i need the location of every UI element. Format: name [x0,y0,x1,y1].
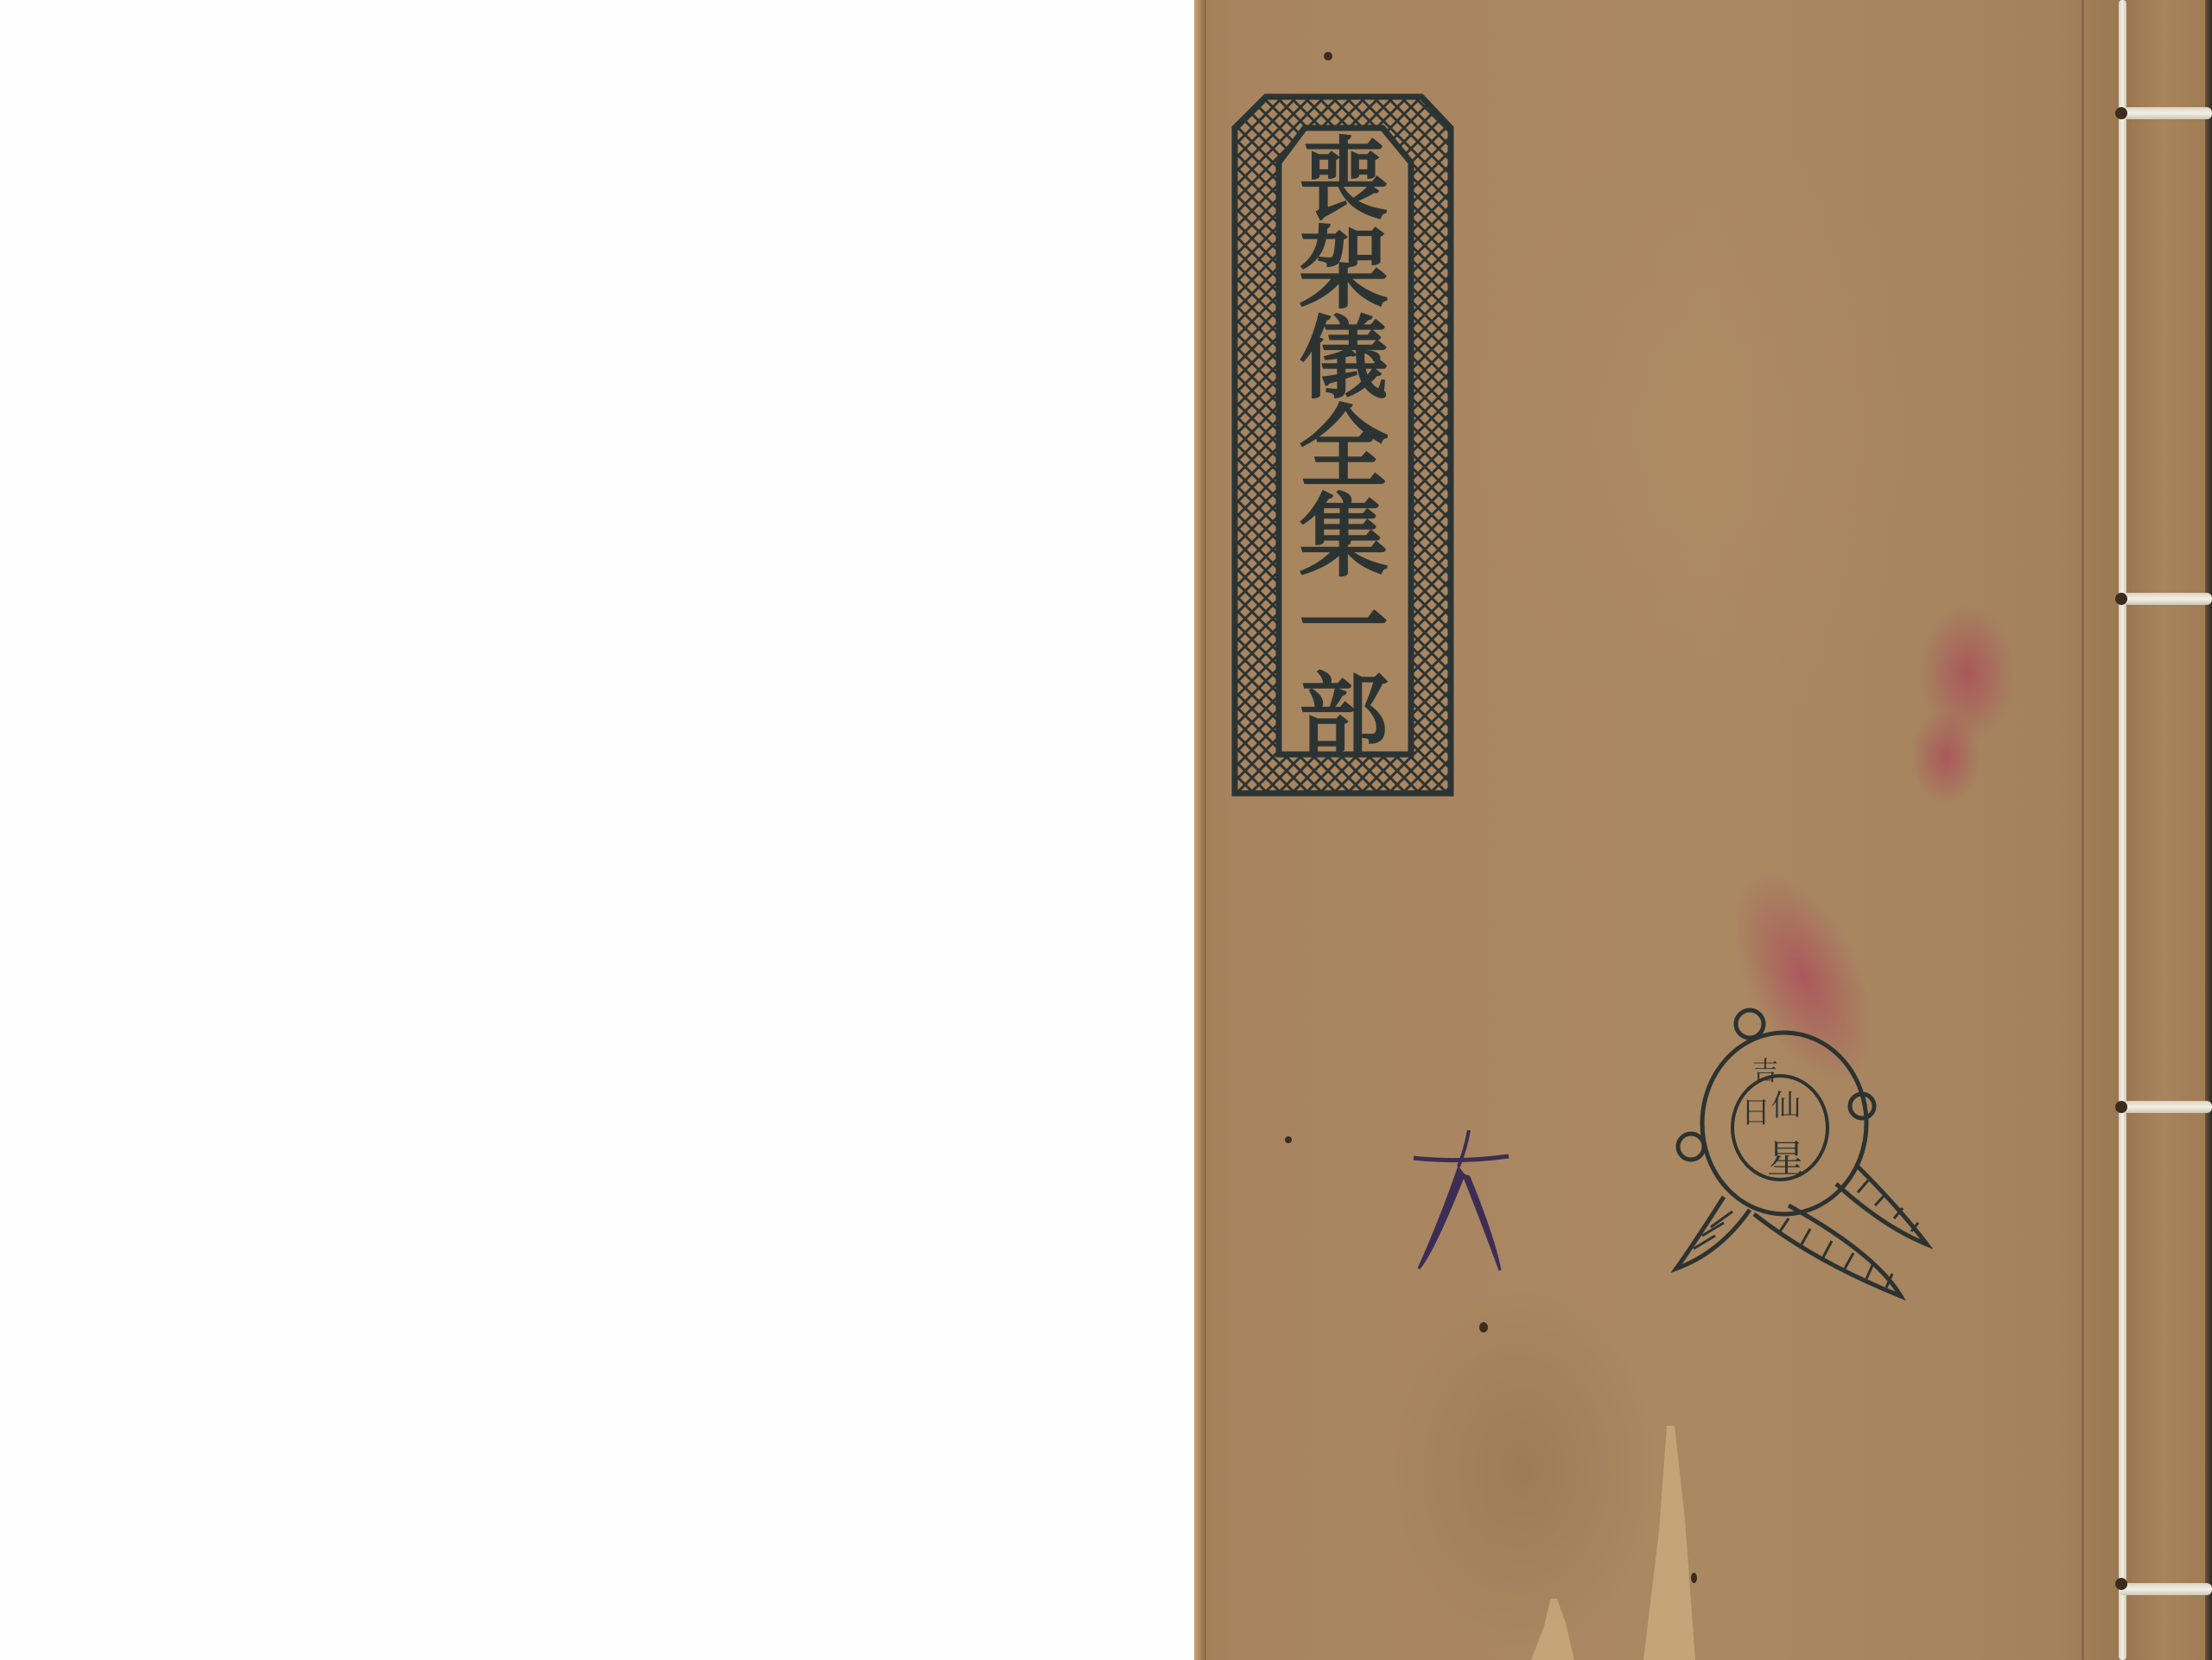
title-char: 全 [1299,404,1389,491]
red-stain [1911,709,1980,804]
title-char: 一 [1299,583,1389,670]
paper-wear [1531,1599,1574,1660]
ink-spot [1285,1136,1292,1143]
title-text: 喪 架 儀 全 集 一 部 [1283,137,1404,759]
ink-spot [1324,52,1332,60]
ink-spot [1691,1573,1697,1583]
title-label: 喪 架 儀 全 集 一 部 [1231,93,1454,798]
seal-char: 仙 [1771,1082,1801,1124]
binding-thread [2119,0,2126,1660]
ink-spot [1479,1322,1488,1332]
paper-wear [1643,1426,1695,1660]
handwritten-mark: 大 [1407,1123,1519,1279]
binding-stitch [2119,1583,2212,1595]
seal-drawing: 吉 日 仙 星 [1642,976,1953,1305]
title-char: 部 [1299,672,1389,759]
book-cover: 喪 架 儀 全 集 一 部 大 [1194,0,2212,1660]
binding-stitch [2119,1101,2212,1113]
stitch-hole [2115,1101,2127,1113]
stitch-hole [2115,107,2127,119]
seal-char: 日 [1741,1089,1770,1131]
title-char: 儀 [1299,315,1389,402]
title-char: 喪 [1299,137,1389,223]
cover-edge [1194,0,1206,1660]
blank-left-page [0,0,1194,1660]
title-char: 集 [1299,493,1389,580]
binding-stitch [2119,107,2212,119]
title-char: 架 [1299,226,1389,312]
binding-stitch [2119,593,2212,605]
seal-char: 星 [1767,1128,1805,1183]
seal-text: 吉 日 仙 星 [1642,976,1953,1305]
stitch-hole [2115,1578,2127,1590]
cover-fold-line [2082,0,2084,1660]
spine-edge [2205,0,2212,1660]
stitch-hole [2115,593,2127,605]
spine-strip [2132,0,2212,1660]
